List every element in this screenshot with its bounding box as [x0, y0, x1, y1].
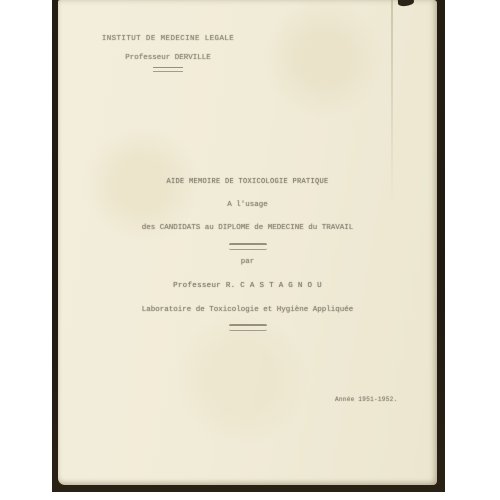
byline-par: par: [58, 258, 437, 266]
subtitle-candidates: des CANDIDATS au DIPLOME de MEDECINE du …: [58, 224, 437, 232]
header-block: INSTITUT DE MEDECINE LEGALE Professeur D…: [68, 0, 268, 72]
document-cover-page: INSTITUT DE MEDECINE LEGALE Professeur D…: [58, 0, 437, 485]
book-photo: INSTITUT DE MEDECINE LEGALE Professeur D…: [52, 0, 445, 492]
header-professor: Professeur DERVILLE: [68, 54, 268, 62]
laboratory-name: Laboratoire de Toxicologie et Hygiène Ap…: [58, 306, 437, 314]
institute-name: INSTITUT DE MEDECINE LEGALE: [68, 35, 268, 43]
divider-top: [229, 243, 267, 250]
header-underline: [153, 67, 183, 72]
subtitle-usage: A l'usage: [58, 201, 437, 209]
watermark-bottom-left: Le-livre.com: [0, 426, 2, 499]
year-label: Année 1951-1952.: [335, 396, 397, 403]
paper-tear-mark: [398, 0, 414, 6]
main-title: AIDE MEMOIRE DE TOXICOLOGIE PRATIQUE: [58, 178, 437, 186]
divider-bottom: [229, 324, 267, 331]
author-name: Professeur R. C A S T A G N O U: [58, 282, 437, 290]
